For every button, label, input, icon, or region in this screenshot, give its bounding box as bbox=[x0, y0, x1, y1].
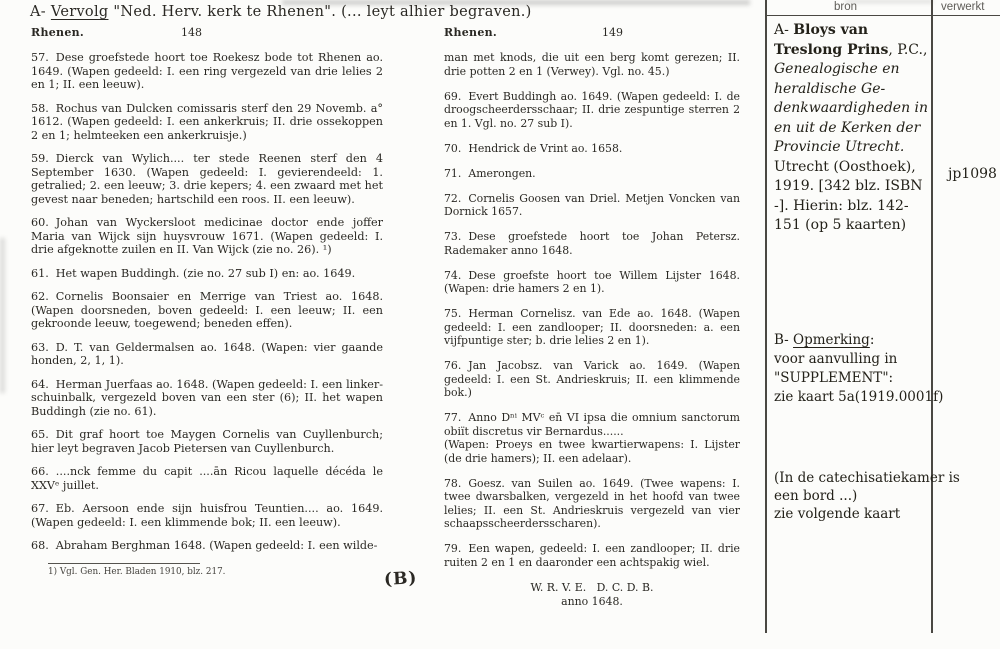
entry-text: Herman Juerfaas ao. 1648. (Wapen gedeeld… bbox=[31, 378, 383, 418]
entry-text: Dese groefste hoort toe Willem Lijster 1… bbox=[444, 269, 740, 296]
source-citation: A- Bloys van Treslong Prins, P.C., Genea… bbox=[774, 21, 934, 236]
entry-number: 70. bbox=[444, 142, 468, 155]
remark-heading: B- Opmerking: bbox=[774, 331, 943, 350]
entry-57: 57.Dese groefstede hoort toe Roekesz bod… bbox=[31, 51, 383, 92]
entry-60: 60.Johan van Wyckersloot medicinae docto… bbox=[31, 216, 383, 257]
remark-word: Opmerking bbox=[793, 332, 870, 348]
entry-69: 69.Evert Buddingh ao. 1649. (Wapen gedee… bbox=[444, 90, 740, 131]
running-head: Rhenen. bbox=[444, 26, 497, 39]
entry-text: Het wapen Buddingh. (zie no. 27 sub I) e… bbox=[56, 267, 355, 280]
entry-text: Dese groefstede hoort toe Roekesz bode t… bbox=[31, 51, 383, 91]
entry-text: Cornelis Goosen van Driel. Metjen Voncke… bbox=[444, 192, 740, 219]
card-title-underlined: Vervolg bbox=[51, 4, 109, 20]
card-title-rest: "Ned. Herv. kerk te Rhenen". (... leyt a… bbox=[108, 4, 531, 20]
entry-number: 75. bbox=[444, 307, 468, 320]
entry-text: Cornelis Boonsaier en Merrige van Triest… bbox=[31, 290, 383, 330]
verwerkt-code: jp1098 bbox=[948, 166, 997, 182]
handwritten-page-marker: (B) bbox=[383, 568, 417, 590]
entry-70: 70.Hendrick de Vrint ao. 1658. bbox=[444, 142, 740, 156]
source-table-header: bron verwerkt bbox=[765, 0, 1000, 14]
note-block: (In de catechisatiekamer is een bord ...… bbox=[774, 469, 960, 523]
entry-text: Rochus van Dulcken comissaris sterf den … bbox=[31, 102, 383, 142]
entry-text: D. T. van Geldermalsen ao. 1648. (Wapen:… bbox=[31, 341, 383, 368]
entry-68: 68.Abraham Berghman 1648. (Wapen gedeeld… bbox=[31, 539, 383, 553]
entry-number: 73. bbox=[444, 230, 468, 243]
page-number: 149 bbox=[602, 26, 623, 40]
entry-text: Anno Dⁿⁱ MVᶜ en̄ VI ipsa die omnium sanc… bbox=[444, 411, 740, 465]
entry-number: 78. bbox=[444, 477, 468, 490]
entry-number: 58. bbox=[31, 102, 56, 115]
entry-number: 67. bbox=[31, 502, 56, 515]
entry-71: 71.Amerongen. bbox=[444, 167, 740, 181]
remark-line: "SUPPLEMENT": bbox=[774, 369, 943, 388]
citation-imprint: Utrecht (Oosthoek), 1919. [342 blz. ISBN… bbox=[774, 159, 923, 234]
entry-67: 67.Eb. Aersoon ende sijn huisfrou Teunti… bbox=[31, 502, 383, 529]
entry-79: 79.Een wapen, gedeeld: I. een zandlooper… bbox=[444, 542, 740, 569]
column-header-bron: bron bbox=[834, 1, 857, 13]
entry-number: 69. bbox=[444, 90, 468, 103]
table-horizontal-rule bbox=[765, 15, 1000, 17]
entry-number: 63. bbox=[31, 341, 56, 354]
entry-number: 61. bbox=[31, 267, 56, 280]
card-title-prefix: A- bbox=[30, 4, 51, 20]
remark-colon: : bbox=[870, 332, 875, 348]
footnote-rule bbox=[48, 563, 200, 564]
entry-79-initials: W. R. V. E. D. C. D. B. anno 1648. bbox=[444, 581, 740, 610]
entry-number: 66. bbox=[31, 465, 56, 478]
entry-number: 62. bbox=[31, 290, 56, 303]
entry-number: 71. bbox=[444, 167, 468, 180]
anno-line: anno 1648. bbox=[444, 595, 740, 610]
entry-number: 65. bbox=[31, 428, 56, 441]
entry-number: 68. bbox=[31, 539, 56, 552]
entry-number: 74. bbox=[444, 269, 468, 282]
entry-72: 72.Cornelis Goosen van Driel. Metjen Von… bbox=[444, 192, 740, 219]
entry-text: Hendrick de Vrint ao. 1658. bbox=[468, 142, 622, 155]
entry-number: 57. bbox=[31, 51, 56, 64]
entry-text: Eb. Aersoon ende sijn huisfrou Teuntien.… bbox=[31, 502, 383, 529]
note-line: zie volgende kaart bbox=[774, 505, 960, 523]
citation-title: Genealogi­sche en heraldische Ge­denkwaa… bbox=[774, 61, 928, 155]
entry-65: 65.Dit graf hoort toe Maygen Cornelis va… bbox=[31, 428, 383, 455]
entry-63: 63.D. T. van Geldermalsen ao. 1648. (Wap… bbox=[31, 341, 383, 368]
scan-artifact bbox=[0, 238, 5, 393]
footnote-text: 1) Vgl. Gen. Her. Bladen 1910, blz. 217. bbox=[31, 566, 383, 580]
entry-77: 77.Anno Dⁿⁱ MVᶜ en̄ VI ipsa die omnium s… bbox=[444, 411, 740, 465]
citation-prefix: A- bbox=[774, 22, 793, 38]
entry-text: Een wapen, gedeeld: I. een zandlooper; I… bbox=[444, 542, 740, 569]
entry-text: Herman Cornelisz. van Ede ao. 1648. (Wap… bbox=[444, 307, 740, 347]
footnote: 1) Vgl. Gen. Her. Bladen 1910, blz. 217. bbox=[31, 563, 383, 580]
entry-61: 61.Het wapen Buddingh. (zie no. 27 sub I… bbox=[31, 267, 383, 281]
entry-number: 79. bbox=[444, 542, 468, 555]
entry-text: Dit graf hoort toe Maygen Cornelis van C… bbox=[31, 428, 383, 455]
remark-line: voor aanvulling in bbox=[774, 350, 943, 369]
entry-66: 66.....nck femme du capit ....ān Ricou l… bbox=[31, 465, 383, 492]
entry-text: ....nck femme du capit ....ān Ricou laqu… bbox=[31, 465, 383, 492]
entry-number: 77. bbox=[444, 411, 468, 424]
entry-62: 62.Cornelis Boonsaier en Merrige van Tri… bbox=[31, 290, 383, 331]
entry-58: 58.Rochus van Dulcken comissaris sterf d… bbox=[31, 102, 383, 143]
entry-text: Evert Buddingh ao. 1649. (Wapen gedeeld:… bbox=[444, 90, 740, 130]
book-page-148-column: Rhenen. 148 57.Dese groefstede hoort toe… bbox=[31, 26, 383, 579]
page-number: 148 bbox=[181, 26, 202, 40]
entry-64: 64.Herman Juerfaas ao. 1648. (Wapen gede… bbox=[31, 378, 383, 419]
note-line: (In de catechisatiekamer is bbox=[774, 469, 960, 487]
entry-number: 64. bbox=[31, 378, 56, 391]
card-title: A- Vervolg "Ned. Herv. kerk te Rhenen". … bbox=[30, 4, 532, 20]
running-head: Rhenen. bbox=[31, 26, 84, 39]
table-left-border bbox=[765, 0, 767, 633]
entry-68-continuation: man met knods, die uit een berg komt ger… bbox=[444, 51, 740, 78]
citation-mid: , P.C., bbox=[888, 42, 927, 58]
page-149-head: Rhenen. 149 bbox=[444, 26, 740, 39]
source-table: bron verwerkt A- Bloys van Treslong Prin… bbox=[765, 0, 1000, 649]
entry-74: 74.Dese groefste hoort toe Willem Lijste… bbox=[444, 269, 740, 296]
entry-76: 76.Jan Jacobsz. van Varick ao. 1649. (Wa… bbox=[444, 359, 740, 400]
entry-number: 72. bbox=[444, 192, 468, 205]
entry-text: Dese groefstede hoort toe Johan Petersz.… bbox=[444, 230, 740, 257]
entry-number: 76. bbox=[444, 359, 468, 372]
entry-text: Dierck van Wylich.... ter stede Reenen s… bbox=[31, 152, 383, 206]
remark-line: zie kaart 5a(1919.0001f) bbox=[774, 388, 943, 407]
entry-number: 60. bbox=[31, 216, 56, 229]
page-148-head: Rhenen. 148 bbox=[31, 26, 383, 39]
entry-text: Goesz. van Suilen ao. 1649. (Twee wapens… bbox=[444, 477, 740, 531]
remark-prefix: B- bbox=[774, 332, 793, 348]
entry-text: Jan Jacobsz. van Varick ao. 1649. (Wapen… bbox=[444, 359, 740, 399]
entry-59: 59.Dierck van Wylich.... ter stede Reene… bbox=[31, 152, 383, 206]
remark-block: B- Opmerking: voor aanvulling in "SUPPLE… bbox=[774, 331, 943, 407]
entry-text: Amerongen. bbox=[468, 167, 535, 180]
initials-line: W. R. V. E. D. C. D. B. bbox=[444, 581, 740, 596]
entry-number: 59. bbox=[31, 152, 56, 165]
entry-78: 78.Goesz. van Suilen ao. 1649. (Twee wap… bbox=[444, 477, 740, 531]
note-line: een bord ...) bbox=[774, 487, 960, 505]
entry-75: 75.Herman Cornelisz. van Ede ao. 1648. (… bbox=[444, 307, 740, 348]
entry-text: Abraham Berghman 1648. (Wapen gedeeld: I… bbox=[56, 539, 378, 552]
entry-text: Johan van Wyckersloot medicinae doctor e… bbox=[31, 216, 383, 256]
column-header-verwerkt: verwerkt bbox=[941, 1, 984, 13]
scanned-archive-card: A- Vervolg "Ned. Herv. kerk te Rhenen". … bbox=[0, 0, 1000, 649]
entry-73: 73.Dese groefstede hoort toe Johan Peter… bbox=[444, 230, 740, 257]
book-page-149-column: Rhenen. 149 man met knods, die uit een b… bbox=[444, 26, 740, 610]
